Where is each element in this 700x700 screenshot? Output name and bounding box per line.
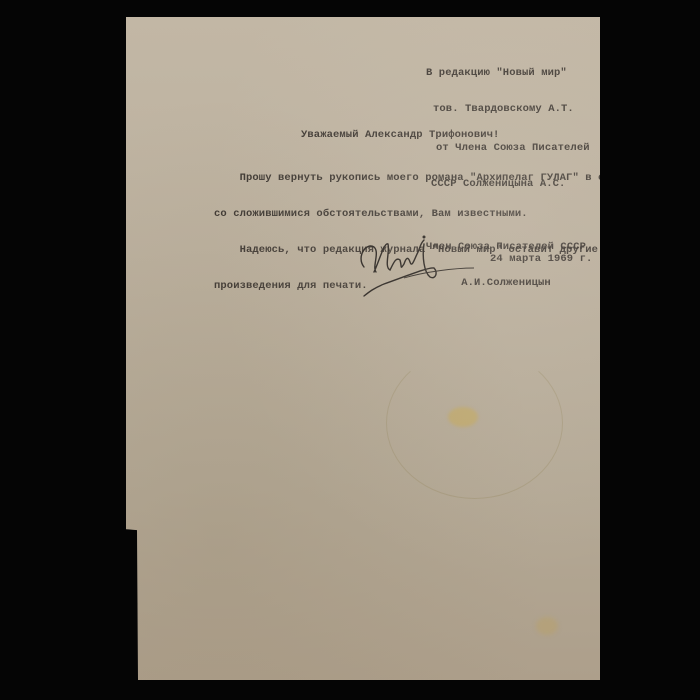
- body-line: произведения для печати.: [214, 280, 630, 292]
- letter-date: 24 марта 1969 г.: [490, 253, 592, 265]
- signatory-title: Член Союза Писателей СССР: [426, 241, 586, 253]
- paper-stain: [536, 617, 558, 635]
- sender-line: СССР Солженицына А.С.: [426, 178, 590, 190]
- letter-body: Прошу вернуть рукопись моего романа "Арх…: [214, 148, 630, 316]
- handwritten-signature: [344, 222, 474, 302]
- recipient-block: В редакцию "Новый мир" тов. Твардовскому…: [426, 43, 590, 214]
- paper-stain: [448, 407, 478, 427]
- body-line: со сложившимися обстоятельствами, Вам из…: [214, 208, 630, 220]
- recipient-line: В редакцию "Новый мир": [426, 67, 590, 79]
- signature-block: Член Союза Писателей СССР А.И.Солженицын: [426, 217, 586, 313]
- body-line: Прошу вернуть рукопись моего романа "Арх…: [214, 172, 630, 184]
- salutation: Уважаемый Александр Трифонович!: [301, 129, 499, 141]
- recipient-line: тов. Твардовскому А.Т.: [426, 103, 590, 115]
- signatory-name: А.И.Солженицын: [426, 277, 586, 289]
- faint-circular-stamp-mark: [386, 347, 563, 499]
- body-line: Надеюсь, что редакция журнала "Новый мир…: [214, 244, 630, 256]
- sender-line: от Члена Союза Писателей: [426, 142, 590, 154]
- typed-letter-page: В редакцию "Новый мир" тов. Твардовскому…: [126, 17, 600, 680]
